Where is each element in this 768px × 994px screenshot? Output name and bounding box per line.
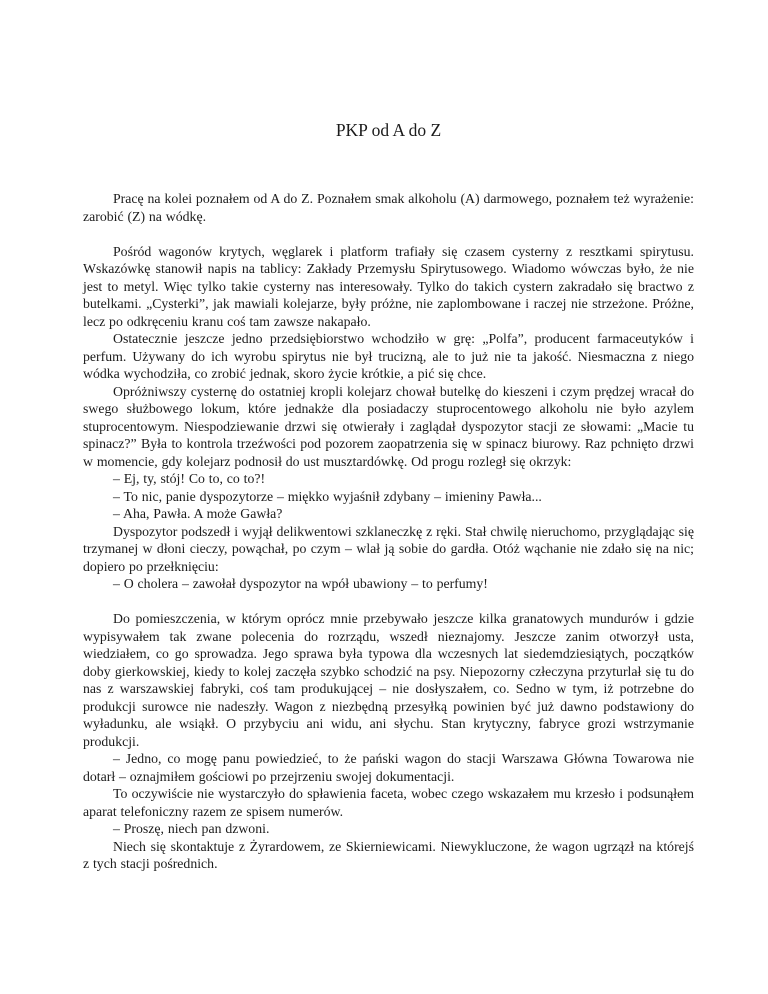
document-page: PKP od A do Z Pracę na kolei poznałem od… xyxy=(0,0,768,994)
paragraph: – To nic, panie dyspozytorze – miękko wy… xyxy=(83,488,694,506)
paragraph: – Jedno, co mogę panu powiedzieć, to że … xyxy=(83,750,694,785)
paragraph: – Proszę, niech pan dzwoni. xyxy=(83,820,694,838)
paragraph: Pracę na kolei poznałem od A do Z. Pozna… xyxy=(83,190,694,225)
paragraph: Dyspozytor podszedł i wyjął delikwentowi… xyxy=(83,523,694,576)
paragraph: – Ej, ty, stój! Co to, co to?! xyxy=(83,470,694,488)
paragraph: Pośród wagonów krytych, węglarek i platf… xyxy=(83,243,694,331)
paragraph: Do pomieszczenia, w którym oprócz mnie p… xyxy=(83,610,694,750)
paragraph: – Aha, Pawła. A może Gawła? xyxy=(83,505,694,523)
page-title: PKP od A do Z xyxy=(83,120,694,141)
paragraph: Niech się skontaktuje z Żyrardowem, ze S… xyxy=(83,838,694,873)
paragraph: To oczywiście nie wystarczyło do spławie… xyxy=(83,785,694,820)
paragraph: – O cholera – zawołał dyspozytor na wpół… xyxy=(83,575,694,593)
paragraph: Opróżniwszy cysternę do ostatniej kropli… xyxy=(83,383,694,471)
document-body: Pracę na kolei poznałem od A do Z. Pozna… xyxy=(83,190,694,873)
paragraph: Ostatecznie jeszcze jedno przedsiębiorst… xyxy=(83,330,694,383)
